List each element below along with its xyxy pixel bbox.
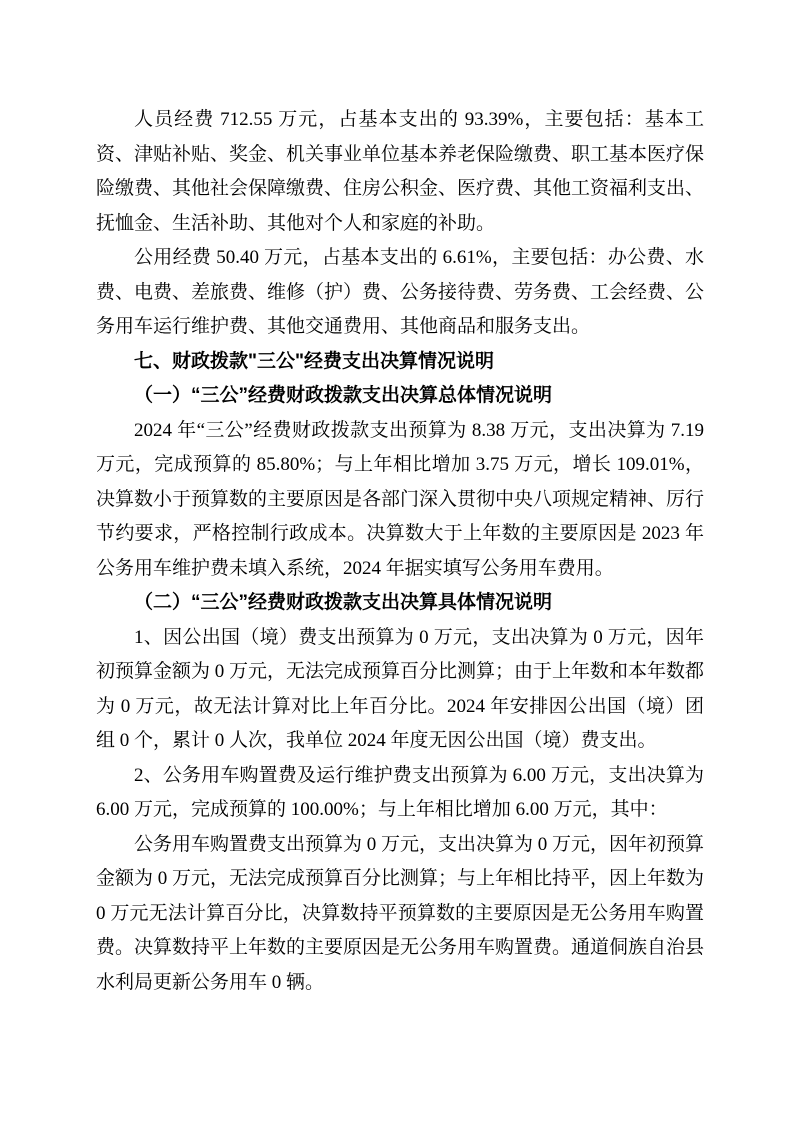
document-content: 人员经费 712.55 万元，占基本支出的 93.39%，主要包括：基本工资、津… [96,103,704,1000]
document-page: 人员经费 712.55 万元，占基本支出的 93.39%，主要包括：基本工资、津… [0,0,793,1122]
paragraph-overseas-travel-expense: 1、因公出国（境）费支出预算为 0 万元，支出决算为 0 万元，因年初预算金额为… [96,621,704,759]
paragraph-personnel-expense: 人员经费 712.55 万元，占基本支出的 93.39%，主要包括：基本工资、津… [96,103,704,241]
paragraph-vehicle-purchase-detail: 公务用车购置费支出预算为 0 万元，支出决算为 0 万元，因年初预算金额为 0 … [96,828,704,1001]
paragraph-public-expense: 公用经费 50.40 万元，占基本支出的 6.61%，主要包括：办公费、水费、电… [96,241,704,345]
paragraph-official-vehicle-expense: 2、公务用车购置费及运行维护费支出预算为 6.00 万元，支出决算为 6.00 … [96,759,704,828]
heading-subsection-one-overall-situation: （一）“三公”经费财政拨款支出决算总体情况说明 [96,379,704,414]
heading-subsection-two-specific-situation: （二）“三公”经费财政拨款支出决算具体情况说明 [96,586,704,621]
paragraph-overall-budget-final-accounts: 2024 年“三公”经费财政拨款支出预算为 8.38 万元，支出决算为 7.19… [96,414,704,587]
heading-section-seven-three-public-funds: 七、财政拨款"三公"经费支出决算情况说明 [96,345,704,380]
